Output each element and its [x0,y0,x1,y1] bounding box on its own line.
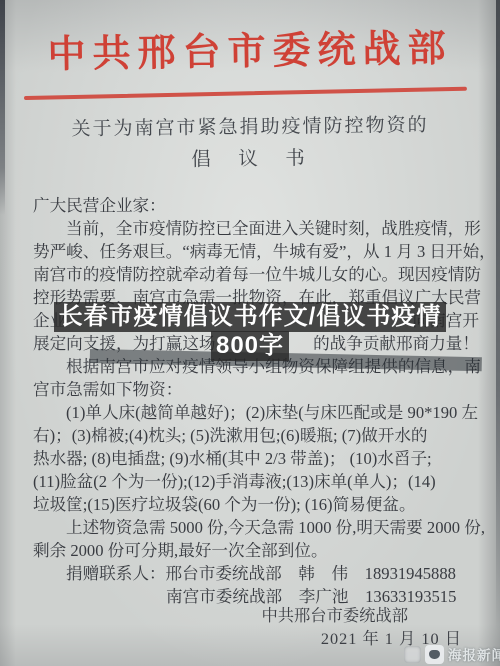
watermark-logo-icon [425,645,444,664]
letter-line: 剩余 2000 份可分期,最好一次全部到位。 [33,539,479,562]
signature-org: 中共邢台市委统战部 [0,604,500,627]
watermark: 海报新闻 [404,644,500,664]
letter-line: (1)单人床(越简单越好)；(2)床垫(与床匹配或是 90*190 左 [33,401,479,424]
document-photo: 中共邢台市委统战部 关于为南宫市紧急捐助疫情防控物资的 倡 议 书 广大民营企业… [0,0,500,666]
letter-line: 广大民营企业家： [33,194,479,217]
letter-line: 右)；(3)棉被;(4)枕头; (5)洗漱用包;(6)暖瓶; (7)做开水的 [33,424,479,447]
letter-line: 捐赠联系人：邢台市委统战部 韩 伟 18931945888 [33,562,479,585]
masthead-rule [24,87,467,100]
letter-line: 垃圾筐;(15)医疗垃圾袋(60 个为一份); (16)简易便盆。 [33,493,479,516]
letter-line: 上述物资急需 5000 份,今天急需 1000 份,明天需要 2000 份, [33,516,479,539]
watermark-brand: 海报新闻 [448,644,500,664]
letter-line: 势严峻、任务艰巨。“病毒无情，牛城有爱”，从 1 月 3 日开始， [33,240,479,263]
caption-line-1: 长春市疫情倡议书作文/倡议书疫情 [54,302,447,332]
letter-line: 当前，全市疫情防控已全面进入关键时刻，战胜疫情，形 [33,217,479,240]
watermark-mascot-icon [429,650,440,659]
letter-body: 广大民营企业家： 当前，全市疫情防控已全面进入关键时刻，战胜疫情，形 势严峻、任… [33,194,479,608]
subject-line-2: 倡 议 书 [0,140,500,174]
masthead-title: 中共邢台市委统战部 [0,16,500,79]
letter-line: 热水器; (8)电插盘; (9)水桶(其中 2/3 带盖)； (10)水舀子; [33,447,479,470]
letter-line: 宫市急需如下物资： [33,378,479,401]
watermark-icon [404,646,421,663]
subject-line-1: 关于为南宫市紧急捐助疫情防控物资的 [0,109,500,142]
letter-line: 南宫市的疫情防控就牵动着每一位牛城儿女的心。现因疫情防 [33,263,479,286]
letter-line: (11)脸盆(2 个为一份);(12)手消毒液;(13)床单(单人)；(14) [33,470,479,493]
caption-overlay: 长春市疫情倡议书作文/倡议书疫情 800字 [0,302,500,361]
paper-edge-left [0,0,5,215]
caption-line-2: 800字 [211,331,289,361]
